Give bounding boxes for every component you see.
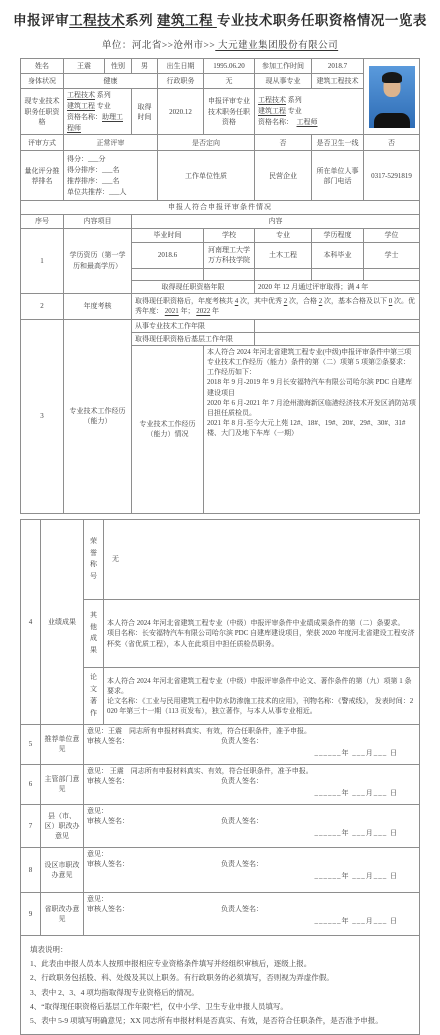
assessment-item-label: 年度考核 (64, 293, 132, 319)
opinion-content: 意见： 王震 同志所有申报材料真实、有效，符合任职条件，准予申报。 审核人签名：… (84, 764, 420, 804)
birth-value: 1995.06.20 (204, 59, 255, 74)
opinion-content: 意见： 审核人签名：负责人签名： ______年 ___月___ 日 (84, 847, 420, 892)
profession-value: 建筑工程技术 (312, 74, 364, 89)
empty-cell (364, 268, 420, 280)
honor-title-label: 荣誉称号 (84, 519, 104, 599)
id-photo (369, 66, 415, 128)
auditor-sign-label: 审核人签名： (87, 905, 129, 913)
empty-cell (312, 268, 364, 280)
grad-time-value: 2018.6 (132, 242, 204, 268)
photo-cell (364, 59, 420, 135)
education-item-label: 学历资历（第一学历和最高学历） (64, 228, 132, 293)
degree-header: 学位 (364, 228, 420, 242)
obtain-time-value: 2020.12 (158, 89, 204, 135)
series-suffix: 系列 (97, 91, 111, 99)
grassroots-years-label: 取得现任职资格后基层工作年限 (132, 332, 255, 345)
qual-name-label: 资格名称： (67, 113, 102, 121)
page-title: 申报评审工程技术系列 建筑工程 专业技术职务任职资格情况一览表 (0, 9, 440, 29)
opinion-label: 主管部门意见 (41, 764, 84, 804)
paper-works-label: 论文著作 (84, 667, 104, 724)
auditor-sign-label: 审核人签名： (87, 737, 129, 745)
photo-hair (382, 72, 402, 83)
unit-nature-value: 民营企业 (255, 151, 312, 201)
opinion-line1: 意见：王震 同志所有申报材料真实、有效，符合任职条件，准予申报。 (87, 726, 416, 736)
health-label: 身体状况 (21, 74, 64, 89)
row-no-experience: 3 (21, 319, 64, 513)
unit-total-line: 单位共推荐：___人 (67, 187, 154, 198)
qual-years-label: 取得现任职资格年限 (132, 280, 255, 293)
major-header: 专业 (255, 228, 312, 242)
assess-text: 次，合格 (287, 297, 319, 305)
leader-sign-label: 负责人签名： (221, 777, 263, 785)
opinion-date-blank: ______年 ___月___ 日 (87, 748, 416, 758)
paper-works-text: 本人符合 2024 年河北省建筑工程专业（中级）申报评审条件中论文、著作条件的第… (104, 667, 420, 724)
form-page: 申报评审工程技术系列 建筑工程 专业技术职务任职资格情况一览表 单位：河北省>>… (0, 0, 440, 1035)
row-no-opinion: 6 (21, 764, 41, 804)
gender-value: 男 (132, 59, 158, 74)
opinion-signatures: 审核人签名：负责人签名： (87, 816, 416, 826)
opinion-label: 推荐单位意见 (41, 724, 84, 764)
assess-text: 年； (179, 307, 197, 315)
other-achievements-label: 其他成果 (84, 599, 104, 667)
other-vertical-text: 其他成果 (90, 610, 98, 658)
note-item-5: 5、表中 5-9 项填写明确意见；XX 同志所有申报材料是否真实、有效，是否符合… (30, 1014, 410, 1028)
current-qualification-detail: 工程技术 系列 建筑工程 专业 资格名称：助理工程师 (64, 89, 132, 135)
name-label: 姓名 (21, 59, 64, 74)
photo-shoulders (374, 113, 410, 128)
assess-text: 年 (210, 307, 219, 315)
quant-score-detail: 得分：___分 得分排序：___名 推荐排序：___名 单位共推荐：___人 (64, 151, 158, 201)
recommend-rank-line: 推荐排序：___名 (67, 176, 154, 187)
unit-nature-label: 工作单位性质 (158, 151, 255, 201)
assess-text: 次，基本合格及以下 (322, 297, 389, 305)
health-value: 健康 (64, 74, 158, 89)
leader-sign-label: 负责人签名： (221, 737, 263, 745)
apply-series: 工程技术 (258, 96, 286, 104)
empty-cell (204, 268, 255, 280)
row-no-opinion: 8 (21, 847, 41, 892)
opinion-content: 意见：王震 同志所有申报材料真实、有效，符合任职条件，准予申报。 审核人签名：负… (84, 724, 420, 764)
workstart-value: 2018.7 (312, 59, 364, 74)
quant-score-label: 量化评分推荐排名 (21, 151, 64, 201)
opinion-line1: 意见： (87, 894, 416, 904)
current-qualification-label: 现专业技术职务任职资格 (21, 89, 64, 135)
paper-vertical-text: 论文著作 (90, 672, 98, 720)
row-no-achievements: 4 (21, 519, 41, 724)
auditor-sign-label: 审核人签名： (87, 777, 129, 785)
title-series-underlined: 工程技术 (69, 13, 125, 28)
degree-value: 学士 (364, 242, 420, 268)
honor-value: 无 (104, 519, 420, 599)
frontline-label: 是否卫生一线 (312, 135, 364, 151)
achievements-opinions-table: 4 业绩成果 荣誉称号 无 其他成果 本人符合 2024 年河北省建筑工程专业（… (20, 519, 420, 936)
note-item-3: 3、表中 2、3、4 项均指取得现专业资格后的情况。 (30, 986, 410, 1000)
note-item-1: 1、此表由申报人员本人按照申报相应专业资格条件填写并经组织审核后，逐级上报。 (30, 957, 410, 971)
apply-qualification-detail: 工程技术 系列 建筑工程 专业 资格名称： 工程师 (255, 89, 364, 135)
conditions-section-title: 申报人符合申报评审条件情况 (21, 201, 420, 214)
form-notes: 填表说明： 1、此表由申报人员本人按照申报相应专业资格条件填写并经组织审核后，逐… (20, 936, 420, 1035)
score-line: 得分：___分 (67, 154, 154, 165)
qual-name-label: 资格名称： (258, 118, 290, 126)
assess-year-1: 2021 (165, 307, 179, 315)
assess-text: 取得现任职资格后，年度考核共 (135, 297, 235, 305)
opinion-line1: 意见： 王震 同志所有申报材料真实、有效，符合任职条件，准予申报。 (87, 766, 416, 776)
grad-time-header: 毕业时间 (132, 228, 204, 242)
admin-post-value: 无 (204, 74, 255, 89)
title-text: 申报评审 (13, 13, 69, 28)
grassroots-years-value (255, 332, 420, 345)
opinion-signatures: 审核人签名：负责人签名： (87, 904, 416, 914)
level-value: 本科毕业 (312, 242, 364, 268)
title-major-underlined: 建筑工程 (157, 13, 217, 28)
current-major: 建筑工程 (67, 102, 95, 110)
empty-cell (132, 268, 204, 280)
opinion-content: 意见： 审核人签名：负责人签名： ______年 ___月___ 日 (84, 804, 420, 847)
current-series: 工程技术 (67, 91, 95, 99)
leader-sign-label: 负责人签名： (221, 905, 263, 913)
unit-line: 单位：河北省>>沧州市>> 大元建业集团股份有限公司 (0, 37, 440, 51)
opinion-date-blank: ______年 ___月___ 日 (87, 871, 416, 881)
row-no-education: 1 (21, 228, 64, 293)
birth-label: 出生日期 (158, 59, 204, 74)
school-header: 学校 (204, 228, 255, 242)
profession-label: 现从事专业 (255, 74, 312, 89)
opinion-signatures: 审核人签名：负责人签名： (87, 776, 416, 786)
directional-value: 否 (255, 135, 312, 151)
row-no-assessment: 2 (21, 293, 64, 319)
opinion-line1: 意见： (87, 849, 416, 859)
leader-sign-label: 负责人签名： (221, 817, 263, 825)
opinion-label: 设区市职改办意见 (41, 847, 84, 892)
workstart-label: 参加工作时间 (255, 59, 312, 74)
major-suffix: 专业 (288, 107, 302, 115)
work-years-value (255, 319, 420, 332)
leader-sign-label: 负责人签名： (221, 860, 263, 868)
hr-phone-label: 所在单位人事部门电话 (312, 151, 364, 201)
assess-text: 次，其中优秀 (238, 297, 284, 305)
auditor-sign-label: 审核人签名： (87, 817, 129, 825)
achievements-item-label: 业绩成果 (41, 519, 84, 724)
level-header: 学历程度 (312, 228, 364, 242)
series-suffix: 系列 (288, 96, 302, 104)
other-achievements-text: 本人符合 2024 年河北省建筑工程专业（中级）申报评审条件中业绩成果条件的第（… (104, 599, 420, 667)
opinion-line1: 意见： (87, 806, 416, 816)
opinion-signatures: 审核人签名：负责人签名： (87, 859, 416, 869)
col-header-item: 内容项目 (64, 214, 132, 228)
row-no-opinion: 9 (21, 892, 41, 935)
hr-phone-value: 0317-5291819 (364, 151, 420, 201)
note-item-2: 2、行政职务包括股、科、处级及其以上职务。有行政职务的必须填写，否则视为弄虚作假… (30, 971, 410, 985)
score-rank-line: 得分排序：___名 (67, 165, 154, 176)
basic-info-table: 姓名 王震 性别 男 出生日期 1995.06.20 参加工作时间 2018.7… (20, 58, 420, 514)
opinion-signatures: 审核人签名：负责人签名： (87, 736, 416, 746)
school-value: 河南理工大学万方科技学院 (204, 242, 255, 268)
directional-label: 是否定向 (158, 135, 255, 151)
review-mode-value: 正常评审 (64, 135, 158, 151)
title-text: 系列 (125, 13, 157, 28)
opinion-date-blank: ______年 ___月___ 日 (87, 788, 416, 798)
title-text: 专业技术职务任职资格情况一览表 (217, 13, 427, 28)
opinion-content: 意见： 审核人签名：负责人签名： ______年 ___月___ 日 (84, 892, 420, 935)
assess-year-2: 2022 (196, 307, 210, 315)
auditor-sign-label: 审核人签名： (87, 860, 129, 868)
qual-years-value: 2020 年 12 月通过评审取得；满 4 年 (255, 280, 420, 293)
name-value: 王震 (64, 59, 105, 74)
unit-name-underlined: 大元建业集团股份有限公司 (215, 41, 338, 51)
notes-title: 填表说明： (30, 943, 410, 957)
honor-vertical-text: 荣誉称号 (90, 536, 98, 584)
experience-detail-label: 专业技术工作经历（能力）情况 (132, 345, 204, 513)
apply-major: 建筑工程 (258, 107, 286, 115)
major-value: 土木工程 (255, 242, 312, 268)
row-no-opinion: 7 (21, 804, 41, 847)
empty-cell (255, 268, 312, 280)
row-no-opinion: 5 (21, 724, 41, 764)
frontline-value: 否 (364, 135, 420, 151)
assessment-content: 取得现任职资格后，年度考核共 4 次，其中优秀 2 次，合格 2 次，基本合格及… (132, 293, 420, 319)
apply-qualification-label: 申报评审专业技术职务任职资格 (204, 89, 255, 135)
obtain-time-label: 取得时间 (132, 89, 158, 135)
opinion-label: 县（市、区）职改办意见 (41, 804, 84, 847)
col-header-content: 内容 (132, 214, 420, 228)
col-header-no: 序号 (21, 214, 64, 228)
opinion-date-blank: ______年 ___月___ 日 (87, 828, 416, 838)
experience-detail-text: 本人符合 2024 年河北省建筑工程专业(中级)申报评审条件中第三项专业技术工作… (204, 345, 420, 513)
admin-post-label: 行政职务 (158, 74, 204, 89)
work-years-label: 从事专业技术工作年限 (132, 319, 255, 332)
gender-label: 性别 (105, 59, 132, 74)
apply-qual-name: 工程师 (297, 118, 318, 126)
review-mode-label: 评审方式 (21, 135, 64, 151)
opinion-label: 省职改办意见 (41, 892, 84, 935)
experience-item-label: 专业技术工作经历（能力） (64, 319, 132, 513)
unit-label: 单位：河北省>>沧州市>> (102, 41, 215, 51)
major-suffix: 专业 (97, 102, 111, 110)
note-item-4: 4、“取得现任职资格后基层工作年限”栏，仅中小学、卫生专业申报人员填写。 (30, 1000, 410, 1014)
opinion-date-blank: ______年 ___月___ 日 (87, 916, 416, 926)
